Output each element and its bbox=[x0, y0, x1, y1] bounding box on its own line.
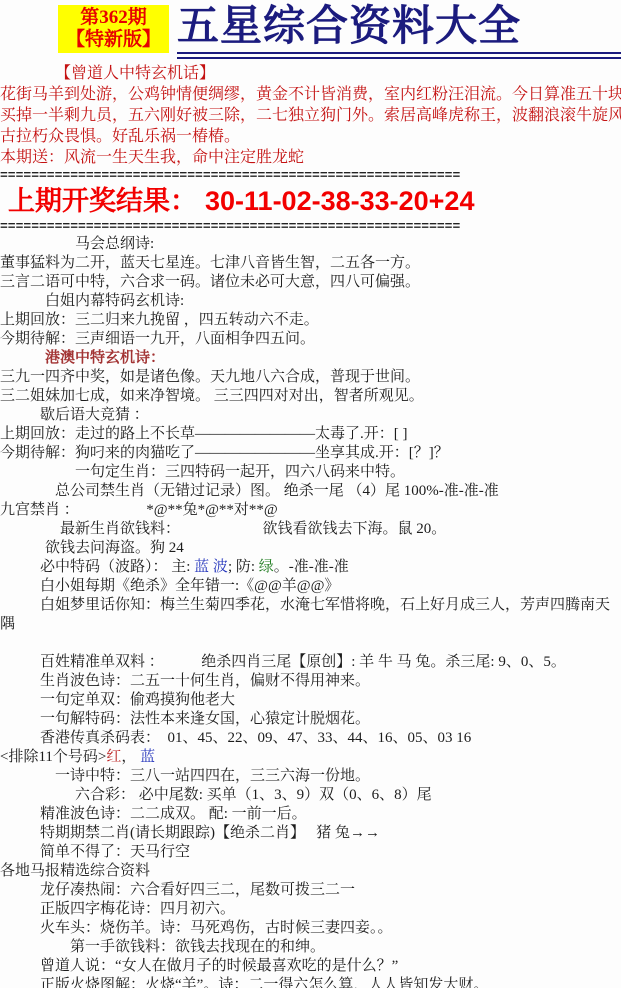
title-underline-1 bbox=[177, 52, 621, 54]
separator-top: ========================================… bbox=[0, 171, 460, 181]
text-line: 隅 bbox=[0, 615, 621, 634]
text-line: 火车头：烧伤羊。诗：马死鸡伤，古时候三妻四妾。。 bbox=[40, 919, 621, 938]
text-line: 欲钱去问海盗。狗 24 bbox=[45, 539, 621, 558]
text-line: 一句定生肖：三四特码一起开，四六八码来中特。 bbox=[75, 463, 621, 482]
text-line bbox=[0, 634, 621, 653]
title-underline-2 bbox=[177, 57, 621, 59]
text-line: 买掉一半剩九员，五六刚好被三除，二七独立狗门外。索居高峰虎称王，波翻浪滚牛旋风。… bbox=[0, 105, 621, 126]
text-line: 白姐内幕特码玄机诗: bbox=[45, 292, 621, 311]
title-wrap: 五星综合资料大全 bbox=[177, 5, 621, 59]
text-line: 今期待解：狗叼来的肉猫吃了————————坐享其成.开：[？]？ bbox=[0, 444, 621, 463]
text-line: 总公司禁生肖（无错过记录）图。 绝杀一尾 （4）尾 100%-准-准-准 bbox=[55, 482, 621, 501]
text-line: 六合彩： 必中尾数: 买单（1、3、9）双（0、6、8）尾 bbox=[75, 786, 621, 805]
text-line: 三二姐妹加七成，如来净智境。 三三四四对对出，智者所观见。 bbox=[0, 387, 621, 406]
text-line: 九宫禁肖 ： *@**兔*@**对**@ bbox=[0, 501, 621, 520]
text-segment: ， bbox=[121, 749, 140, 765]
issue-box: 第362期 【特新版】 bbox=[58, 5, 169, 53]
text-line: 精准波色诗：二二成双。 配: 一前一后。 bbox=[40, 805, 621, 824]
text-line: <排除11个号码>红， 蓝 bbox=[0, 748, 621, 767]
page: 第362期 【特新版】 五星综合资料大全 【曾道人中特玄机话】 花街马羊到处游，… bbox=[0, 0, 621, 988]
text-line: 生肖波色诗：二五一十何生肖，偏财不得用神来。 bbox=[40, 672, 621, 691]
last-result-label: 上期开奖结果： bbox=[8, 186, 197, 216]
edition-label: 【特新版】 bbox=[66, 29, 161, 51]
text-line: 必中特码（波路）： 主: 蓝 波; 防: 绿。-准-准-准 bbox=[40, 558, 621, 577]
text-line: 本期送：风流一生天生我，命中注定胜龙蛇 bbox=[0, 147, 621, 168]
page-header: 第362期 【特新版】 五星综合资料大全 bbox=[0, 0, 621, 59]
mystic-words-lines: 花街马羊到处游，公鸡钟情便绸缪，黄金不计皆消费，室内红粉汪泪流。今日算准五十块，… bbox=[0, 84, 621, 168]
text-line: 百姓精准单双料 ： 绝杀四肖三尾【原创】: 羊 牛 马 兔。杀三尾: 9、0、5… bbox=[40, 653, 621, 672]
text-line: 一句解特码：法性本来逢女国，心猿定计脱烟花。 bbox=[40, 710, 621, 729]
text-line: 今期待解：三声细语一九开，八面相争四五问。 bbox=[0, 330, 621, 349]
text-segment: <排除11个号码> bbox=[0, 749, 106, 765]
text-line: 最新生肖欲钱料： 欲钱看欲钱去下海。鼠 20。 bbox=[60, 520, 621, 539]
text-line: 特期期禁二肖(请长期跟踪)【绝杀二肖】 猪 兔→→ bbox=[40, 824, 621, 843]
text-line: 三九一四齐中奖，如是诸色像。天九地八六合成，普现于世间。 bbox=[0, 368, 621, 387]
text-line: 正版四字梅花诗：四月初六。 bbox=[40, 900, 621, 919]
text-segment: 必中特码（波路）： 主: bbox=[40, 559, 194, 575]
text-line: 简单不得了：天马行空 bbox=[40, 843, 621, 862]
last-result-numbers: 30-11-02-38-33-20+24 bbox=[205, 186, 474, 216]
text-line: 港澳中特玄机诗： bbox=[45, 349, 621, 368]
text-line: 三言二语可中特，六合求一码。诸位未必可大意，四八可偏强。 bbox=[0, 273, 621, 292]
text-line: 古拉朽众畏惧。好乱乐祸一椿椿。 bbox=[0, 126, 621, 147]
text-segment: 红 bbox=[106, 749, 121, 765]
text-line: 歇后语大竞猜 ： bbox=[40, 406, 621, 425]
text-line: 各地马报精选综合资料 bbox=[0, 862, 621, 881]
text-line: 第一手欲钱料：欲钱去找现在的和绅。 bbox=[70, 938, 621, 957]
text-line: 白小姐每期《绝杀》全年错一:《@@羊@@》 bbox=[40, 577, 621, 596]
text-line: 龙仔凑热闹：六合看好四三二，尾数可拨三二一 bbox=[40, 881, 621, 900]
separator-bottom: ========================================… bbox=[0, 222, 460, 232]
mystic-words-heading: 【曾道人中特玄机话】 bbox=[55, 63, 621, 84]
text-line: 曾道人说：“女人在做月子的时候最喜欢吃的是什么？” bbox=[40, 957, 621, 976]
content-lines: 马会总纲诗:董事猛料为二开，蓝天七星连。七津八音皆生智，二五各一方。三言二语可中… bbox=[0, 235, 621, 988]
last-result-banner: 上期开奖结果：30-11-02-38-33-20+24 bbox=[0, 184, 621, 219]
text-line: 一句定单双：偷鸡摸狗他老大 bbox=[40, 691, 621, 710]
text-segment: 蓝 波 bbox=[194, 559, 228, 575]
text-line: 香港传真杀码表： 01、45、22、09、47、33、44、16、05、03 1… bbox=[40, 729, 621, 748]
text-line: 白姐梦里话你知：梅兰生菊四季花，水淹七军惜将晚，石上好月成三人，芳声四腾南天 bbox=[40, 596, 621, 615]
text-segment: 绿 bbox=[259, 559, 274, 575]
text-line: 马会总纲诗: bbox=[75, 235, 621, 254]
text-segment: 。-准-准-准 bbox=[274, 559, 349, 575]
text-line: 上期回放：走过的路上不长草————————太毒了.开：[ ] bbox=[0, 425, 621, 444]
page-title: 五星综合资料大全 bbox=[177, 5, 621, 50]
text-segment: ; 防: bbox=[228, 559, 259, 575]
text-line: 董事猛料为二开，蓝天七星连。七津八音皆生智，二五各一方。 bbox=[0, 254, 621, 273]
text-segment: 蓝 bbox=[140, 749, 155, 765]
text-line: 上期回放：三二归来九挽留 ，四五转动六不走。 bbox=[0, 311, 621, 330]
text-line: 正版火烧图解：火烧“羊”。诗：二一得六怎么算，人人皆知发大财。 bbox=[40, 976, 621, 988]
text-line: 花街马羊到处游，公鸡钟情便绸缪，黄金不计皆消费，室内红粉汪泪流。今日算准五十块， bbox=[0, 84, 621, 105]
issue-number: 第362期 bbox=[66, 7, 161, 29]
text-line: 一诗中特：三八一站四四在，三三六海一份地。 bbox=[55, 767, 621, 786]
mystic-words-block: 【曾道人中特玄机话】 花街马羊到处游，公鸡钟情便绸缪，黄金不计皆消费，室内红粉汪… bbox=[0, 63, 621, 168]
